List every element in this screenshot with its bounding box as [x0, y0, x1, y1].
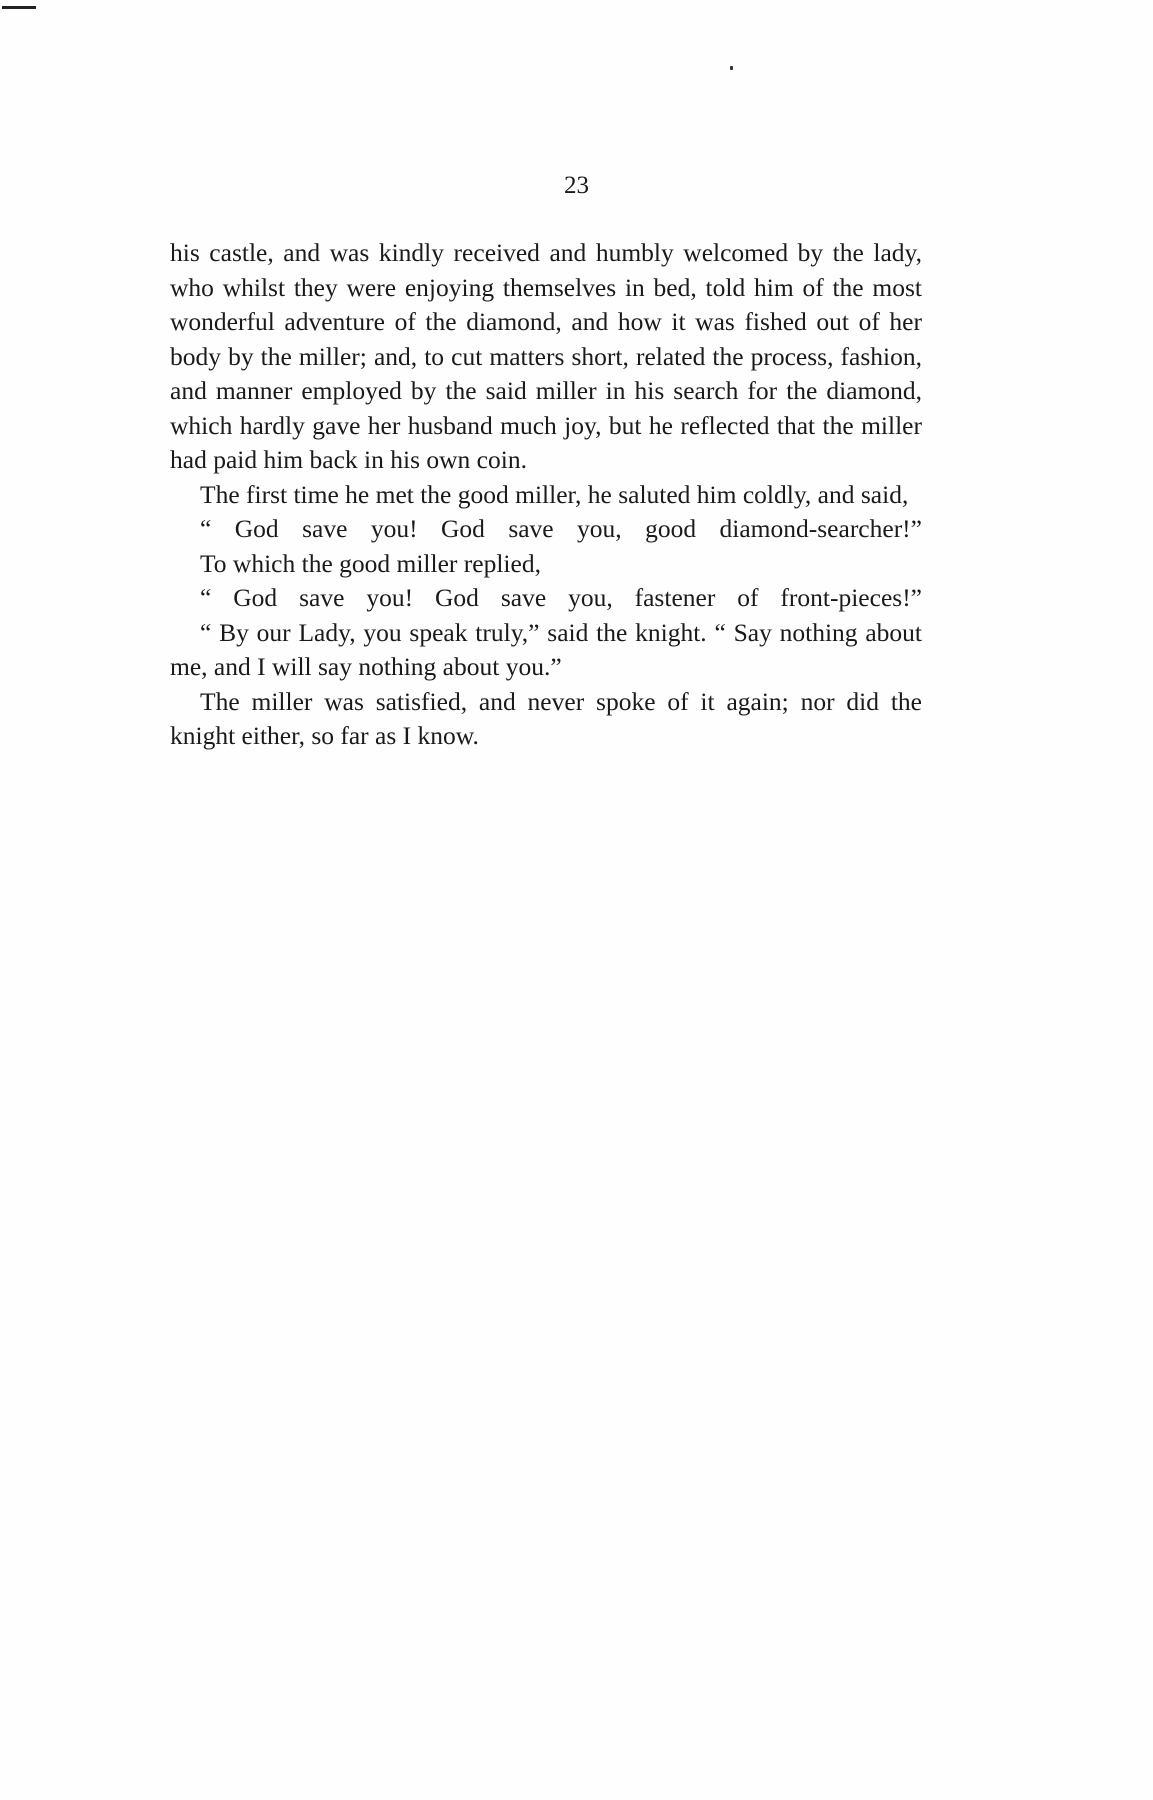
body-text: his castle, and was kindly received and …	[170, 236, 922, 754]
page-number: 23	[0, 172, 1153, 200]
paragraph-4: To which the good miller replied,	[170, 547, 922, 582]
scan-speck	[730, 66, 733, 70]
scanned-book-page: 23 his castle, and was kindly received a…	[0, 0, 1153, 1800]
paragraph-1: his castle, and was kindly received and …	[170, 236, 922, 478]
paragraph-6: “ By our Lady, you speak truly,” said th…	[170, 616, 922, 685]
paragraph-2: The first time he met the good miller, h…	[170, 478, 922, 513]
scan-corner-mark	[2, 6, 36, 9]
paragraph-5: “ God save you! God save you, fastener o…	[170, 581, 922, 616]
paragraph-3: “ God save you! God save you, good diamo…	[170, 512, 922, 547]
paragraph-7: The miller was satisfied, and never spok…	[170, 685, 922, 754]
